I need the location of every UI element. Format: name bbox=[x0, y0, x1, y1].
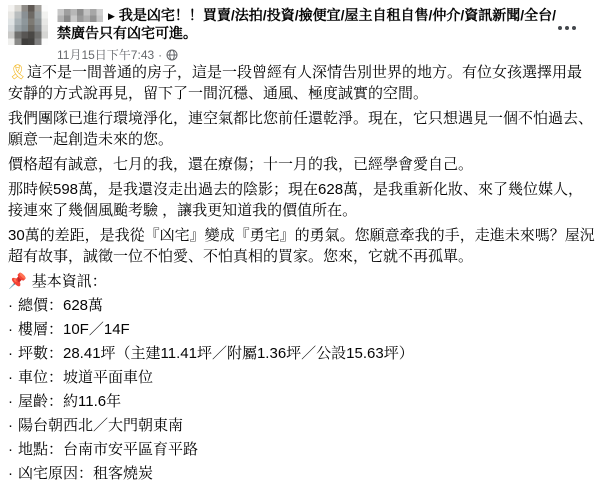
list-item: ·樓層：10F／14F bbox=[8, 318, 595, 342]
post-paragraph: 那時候598萬，是我還沒走出過去的陰影；現在628萬，是我重新化妝、來了幾位媒人… bbox=[8, 179, 595, 221]
post-paragraph: 30萬的差距，是我從『凶宅』變成『勇宅』的勇氣。您願意牽我的手，走進未來嗎？屋況… bbox=[8, 225, 595, 267]
post-title-line: ▶我是凶宅！！買賣/法拍/投資/撿便宜/屋主自租自售/仲介/資訊新聞/全台/禁廣… bbox=[57, 7, 559, 42]
ellipsis-dot bbox=[558, 26, 562, 30]
list-item: ·地點：台南市安平區育平路 bbox=[8, 438, 595, 462]
property-details-list: ·總價：628萬 ·樓層：10F／14F ·坪數：28.41坪（主建11.41坪… bbox=[8, 294, 595, 486]
ribbon-emoji: 🎗 bbox=[8, 64, 27, 81]
post-header: ▶我是凶宅！！買賣/法拍/投資/撿便宜/屋主自租自售/仲介/資訊新聞/全台/禁廣… bbox=[8, 5, 595, 63]
list-item: ·陽台朝西北／大門朝東南 bbox=[8, 414, 595, 438]
avatar[interactable] bbox=[8, 5, 48, 45]
list-item: ·坪數：28.41坪（主建11.41坪／附屬1.36坪／公設15.63坪） bbox=[8, 342, 595, 366]
author-name-redacted[interactable] bbox=[57, 9, 103, 22]
detail-floor: 樓層：10F／14F bbox=[18, 318, 130, 342]
detail-total-price: 總價：628萬 bbox=[18, 294, 103, 318]
facebook-post-card: ▶我是凶宅！！買賣/法拍/投資/撿便宜/屋主自租自售/仲介/資訊新聞/全台/禁廣… bbox=[0, 0, 603, 486]
name-pixelated-blur bbox=[57, 9, 103, 22]
post-paragraph: 價格超有誠意，七月的我，還在療傷；十一月的我，已經學會愛自己。 bbox=[8, 154, 595, 175]
timestamp-row: 11月15日下午7:43 · bbox=[57, 46, 559, 63]
detail-location: 地點：台南市安平區育平路 bbox=[18, 438, 198, 462]
detail-orientation: 陽台朝西北／大門朝東南 bbox=[18, 414, 183, 438]
group-name-link[interactable]: 我是凶宅！！買賣/法拍/投資/撿便宜/屋主自租自售/仲介/資訊新聞/全台/禁廣告… bbox=[57, 7, 556, 41]
post-paragraph: 🎗這不是一間普通的房子，這是一段曾經有人深情告別世界的地方。有位女孩選擇用最安靜… bbox=[8, 62, 595, 104]
section-header: 📌基本資訊： bbox=[8, 271, 595, 292]
ellipsis-dot bbox=[572, 26, 576, 30]
list-item: ·總價：628萬 bbox=[8, 294, 595, 318]
header-text: ▶我是凶宅！！買賣/法拍/投資/撿便宜/屋主自租自售/仲介/資訊新聞/全台/禁廣… bbox=[57, 5, 559, 63]
avatar-pixelated-image bbox=[8, 5, 48, 45]
list-item: ·屋齡：約11.6年 bbox=[8, 390, 595, 414]
detail-parking: 車位：坡道平面車位 bbox=[18, 366, 153, 390]
list-item: ·凶宅原因：租客燒炭 bbox=[8, 462, 595, 486]
detail-stigma-reason: 凶宅原因：租客燒炭 bbox=[18, 462, 153, 486]
detail-age: 屋齡：約11.6年 bbox=[18, 390, 121, 414]
timestamp-separator: · bbox=[154, 48, 166, 62]
more-options-button[interactable] bbox=[553, 18, 581, 38]
post-paragraph: 我們團隊已進行環境淨化，連空氣都比您前任還乾淨。現在，它只想遇見一個不怕過去、願… bbox=[8, 108, 595, 150]
posted-in-arrow-icon: ▶ bbox=[103, 11, 119, 21]
post-timestamp[interactable]: 11月15日下午7:43 bbox=[57, 46, 154, 63]
pushpin-emoji: 📌 bbox=[8, 273, 27, 290]
detail-area: 坪數：28.41坪（主建11.41坪／附屬1.36坪／公設15.63坪） bbox=[18, 342, 414, 366]
post-body: 🎗這不是一間普通的房子，這是一段曾經有人深情告別世界的地方。有位女孩選擇用最安靜… bbox=[8, 62, 595, 486]
globe-icon bbox=[166, 49, 178, 61]
list-item: ·車位：坡道平面車位 bbox=[8, 366, 595, 390]
section-title: 基本資訊： bbox=[32, 273, 107, 290]
ellipsis-dot bbox=[565, 26, 569, 30]
